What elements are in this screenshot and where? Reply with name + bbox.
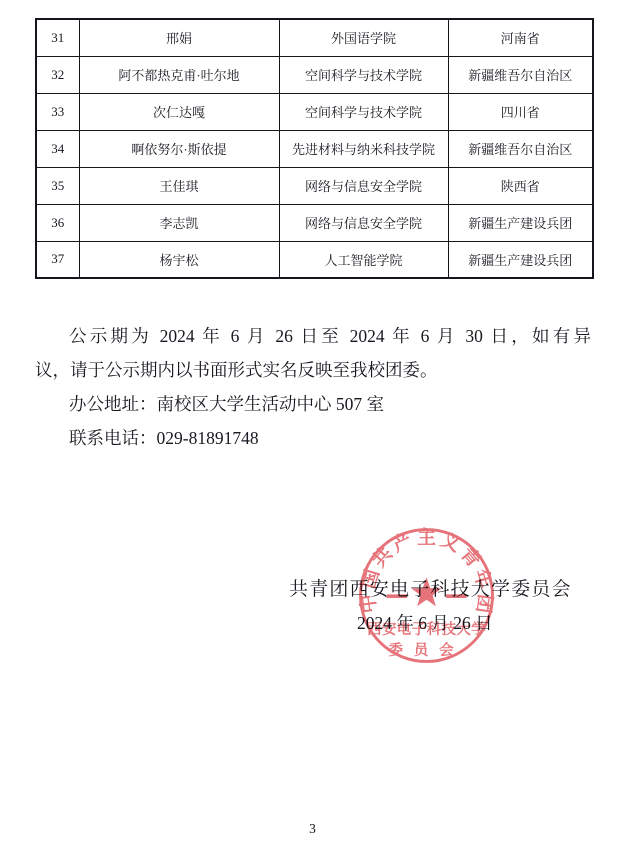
cell-index: 35 [36, 167, 79, 204]
cell-province: 陕西省 [448, 167, 593, 204]
notice-line-1: 公示期为 2024 年 6 月 26 日至 2024 年 6 月 30 日，如有… [35, 319, 591, 353]
table-row: 35 王佳琪 网络与信息安全学院 陕西省 [36, 167, 593, 204]
cell-college: 先进材料与纳米科技学院 [279, 130, 448, 167]
cell-college: 外国语学院 [279, 19, 448, 56]
cell-college: 网络与信息安全学院 [279, 204, 448, 241]
cell-province: 新疆生产建设兵团 [448, 204, 593, 241]
contact-phone-line: 联系电话：029-81891748 [35, 421, 591, 455]
cell-index: 34 [36, 130, 79, 167]
cell-college: 网络与信息安全学院 [279, 167, 448, 204]
table-row: 37 杨宇松 人工智能学院 新疆生产建设兵团 [36, 241, 593, 278]
cell-index: 33 [36, 93, 79, 130]
office-address-line: 办公地址：南校区大学生活动中心 507 室 [35, 387, 591, 421]
cell-name: 王佳琪 [79, 167, 279, 204]
cell-name: 杨宇松 [79, 241, 279, 278]
notice-paragraph: 公示期为 2024 年 6 月 26 日至 2024 年 6 月 30 日，如有… [35, 319, 591, 455]
table-row: 33 次仁达嘎 空间科学与技术学院 四川省 [36, 93, 593, 130]
seal-ring-text: 中国共产主义青年团 [356, 525, 497, 614]
document-page: 31 邢娟 外国语学院 河南省 32 阿不都热克甫·吐尔地 空间科学与技术学院 … [0, 0, 625, 867]
cell-province: 新疆生产建设兵团 [448, 241, 593, 278]
signature-date: 2024 年 6 月 26 日 [357, 610, 493, 635]
cell-province: 四川省 [448, 93, 593, 130]
cell-index: 31 [36, 19, 79, 56]
notice-line-2: 议，请于公示期内以书面形式实名反映至我校团委。 [35, 353, 591, 387]
cell-province: 新疆维吾尔自治区 [448, 56, 593, 93]
roster-table: 31 邢娟 外国语学院 河南省 32 阿不都热克甫·吐尔地 空间科学与技术学院 … [35, 18, 594, 279]
cell-name: 邢娟 [79, 19, 279, 56]
cell-name: 李志凯 [79, 204, 279, 241]
cell-index: 37 [36, 241, 79, 278]
cell-index: 32 [36, 56, 79, 93]
table-row: 31 邢娟 外国语学院 河南省 [36, 19, 593, 56]
cell-college: 空间科学与技术学院 [279, 93, 448, 130]
cell-province: 河南省 [448, 19, 593, 56]
roster-body: 31 邢娟 外国语学院 河南省 32 阿不都热克甫·吐尔地 空间科学与技术学院 … [36, 19, 593, 278]
cell-name: 次仁达嘎 [79, 93, 279, 130]
signature-organization: 共青团西安电子科技大学委员会 [289, 574, 572, 601]
seal-committee-text: 委员会 [388, 641, 464, 659]
table-row: 32 阿不都热克甫·吐尔地 空间科学与技术学院 新疆维吾尔自治区 [36, 56, 593, 93]
cell-college: 人工智能学院 [279, 241, 448, 278]
page-number: 3 [0, 821, 625, 837]
table-row: 36 李志凯 网络与信息安全学院 新疆生产建设兵团 [36, 204, 593, 241]
table-row: 34 啊依努尔·斯依提 先进材料与纳米科技学院 新疆维吾尔自治区 [36, 130, 593, 167]
cell-name: 阿不都热克甫·吐尔地 [79, 56, 279, 93]
cell-name: 啊依努尔·斯依提 [79, 130, 279, 167]
cell-province: 新疆维吾尔自治区 [448, 130, 593, 167]
cell-index: 36 [36, 204, 79, 241]
cell-college: 空间科学与技术学院 [279, 56, 448, 93]
